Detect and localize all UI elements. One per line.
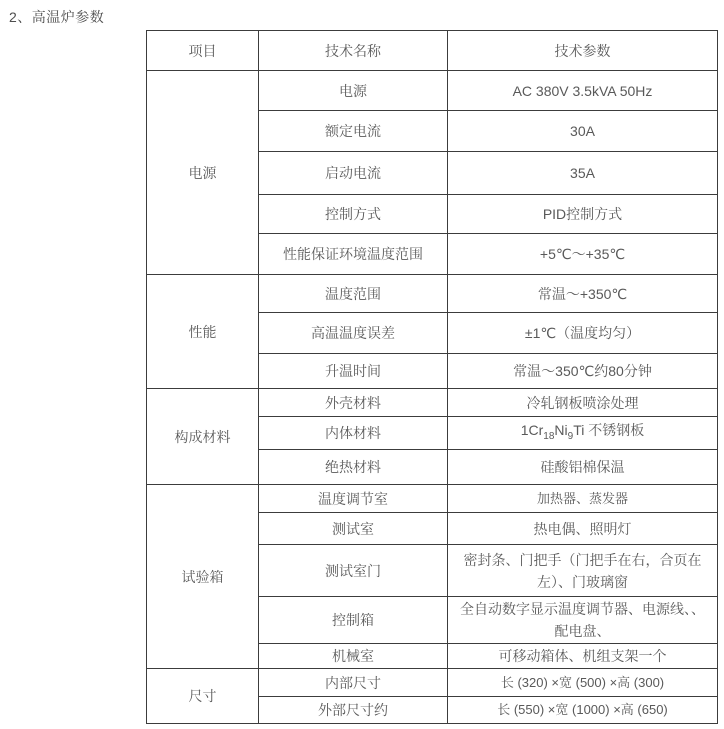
tech-param-cell: 全自动数字显示温度调节器、电源线、、配电盘、	[448, 597, 718, 644]
tech-param-cell: 35A	[448, 152, 718, 195]
tech-param-cell: 1Cr18Ni9Ti 不锈钢板	[448, 417, 718, 450]
formula-subscript: 18	[543, 430, 554, 441]
tech-param-cell: +5℃～+35℃	[448, 234, 718, 275]
tech-name-cell: 温度范围	[259, 275, 448, 313]
tech-param-cell: 可移动箱体、机组支架一个	[448, 644, 718, 669]
tech-param-cell: 加热器、蒸发器	[448, 485, 718, 513]
column-header-item: 项目	[147, 31, 259, 71]
tech-name-cell: 性能保证环境温度范围	[259, 234, 448, 275]
tech-name-cell: 外部尺寸约	[259, 697, 448, 724]
table-row: 性能 温度范围 常温～+350℃	[147, 275, 718, 313]
tech-name-cell: 内体材料	[259, 417, 448, 450]
tech-name-cell: 外壳材料	[259, 389, 448, 417]
tech-param-cell: 30A	[448, 111, 718, 152]
tech-param-cell: 密封条、门把手（门把手在右，合页在左）、门玻璃窗	[448, 545, 718, 597]
tech-name-cell: 启动电流	[259, 152, 448, 195]
tech-name-cell: 测试室门	[259, 545, 448, 597]
tech-param-cell: PID控制方式	[448, 195, 718, 234]
tech-name-cell: 额定电流	[259, 111, 448, 152]
tech-param-cell: 常温～350℃约80分钟	[448, 354, 718, 389]
material-formula: Ti 不锈钢板	[573, 422, 644, 438]
tech-param-cell: 热电偶、照明灯	[448, 513, 718, 545]
table-row: 电源 电源 AC 380V 3.5kVA 50Hz	[147, 71, 718, 111]
group-label-materials: 构成材料	[147, 389, 259, 485]
column-header-tech-name: 技术名称	[259, 31, 448, 71]
table-row: 构成材料 外壳材料 冷轧钢板喷涂处理	[147, 389, 718, 417]
table-row: 试验箱 温度调节室 加热器、蒸发器	[147, 485, 718, 513]
group-label-dimensions: 尺寸	[147, 669, 259, 724]
tech-param-cell: 常温～+350℃	[448, 275, 718, 313]
material-formula: Ni	[554, 422, 567, 438]
tech-param-cell: 冷轧钢板喷涂处理	[448, 389, 718, 417]
tech-name-cell: 控制箱	[259, 597, 448, 644]
tech-name-cell: 升温时间	[259, 354, 448, 389]
tech-name-cell: 温度调节室	[259, 485, 448, 513]
tech-param-cell: 长 (320) ×宽 (500) ×高 (300)	[448, 669, 718, 697]
group-label-test-chamber: 试验箱	[147, 485, 259, 669]
column-header-tech-params: 技术参数	[448, 31, 718, 71]
spec-table: 项目 技术名称 技术参数 电源 电源 AC 380V 3.5kVA 50Hz 额…	[146, 30, 718, 724]
document-page: 2、高温炉参数 项目 技术名称 技术参数 电源 电源 AC 380V 3.5kV…	[0, 0, 724, 729]
tech-param-cell: 硅酸铝棉保温	[448, 450, 718, 485]
tech-param-cell: 长 (550) ×宽 (1000) ×高 (650)	[448, 697, 718, 724]
tech-name-cell: 测试室	[259, 513, 448, 545]
tech-name-cell: 机械室	[259, 644, 448, 669]
page-title: 2、高温炉参数	[9, 7, 104, 27]
tech-name-cell: 电源	[259, 71, 448, 111]
tech-name-cell: 绝热材料	[259, 450, 448, 485]
table-header-row: 项目 技术名称 技术参数	[147, 31, 718, 71]
tech-name-cell: 内部尺寸	[259, 669, 448, 697]
tech-param-cell: AC 380V 3.5kVA 50Hz	[448, 71, 718, 111]
group-label-performance: 性能	[147, 275, 259, 389]
group-label-power: 电源	[147, 71, 259, 275]
tech-name-cell: 高温温度误差	[259, 313, 448, 354]
tech-name-cell: 控制方式	[259, 195, 448, 234]
table-row: 尺寸 内部尺寸 长 (320) ×宽 (500) ×高 (300)	[147, 669, 718, 697]
tech-param-cell: ±1℃（温度均匀）	[448, 313, 718, 354]
material-formula: 1Cr	[521, 422, 544, 438]
